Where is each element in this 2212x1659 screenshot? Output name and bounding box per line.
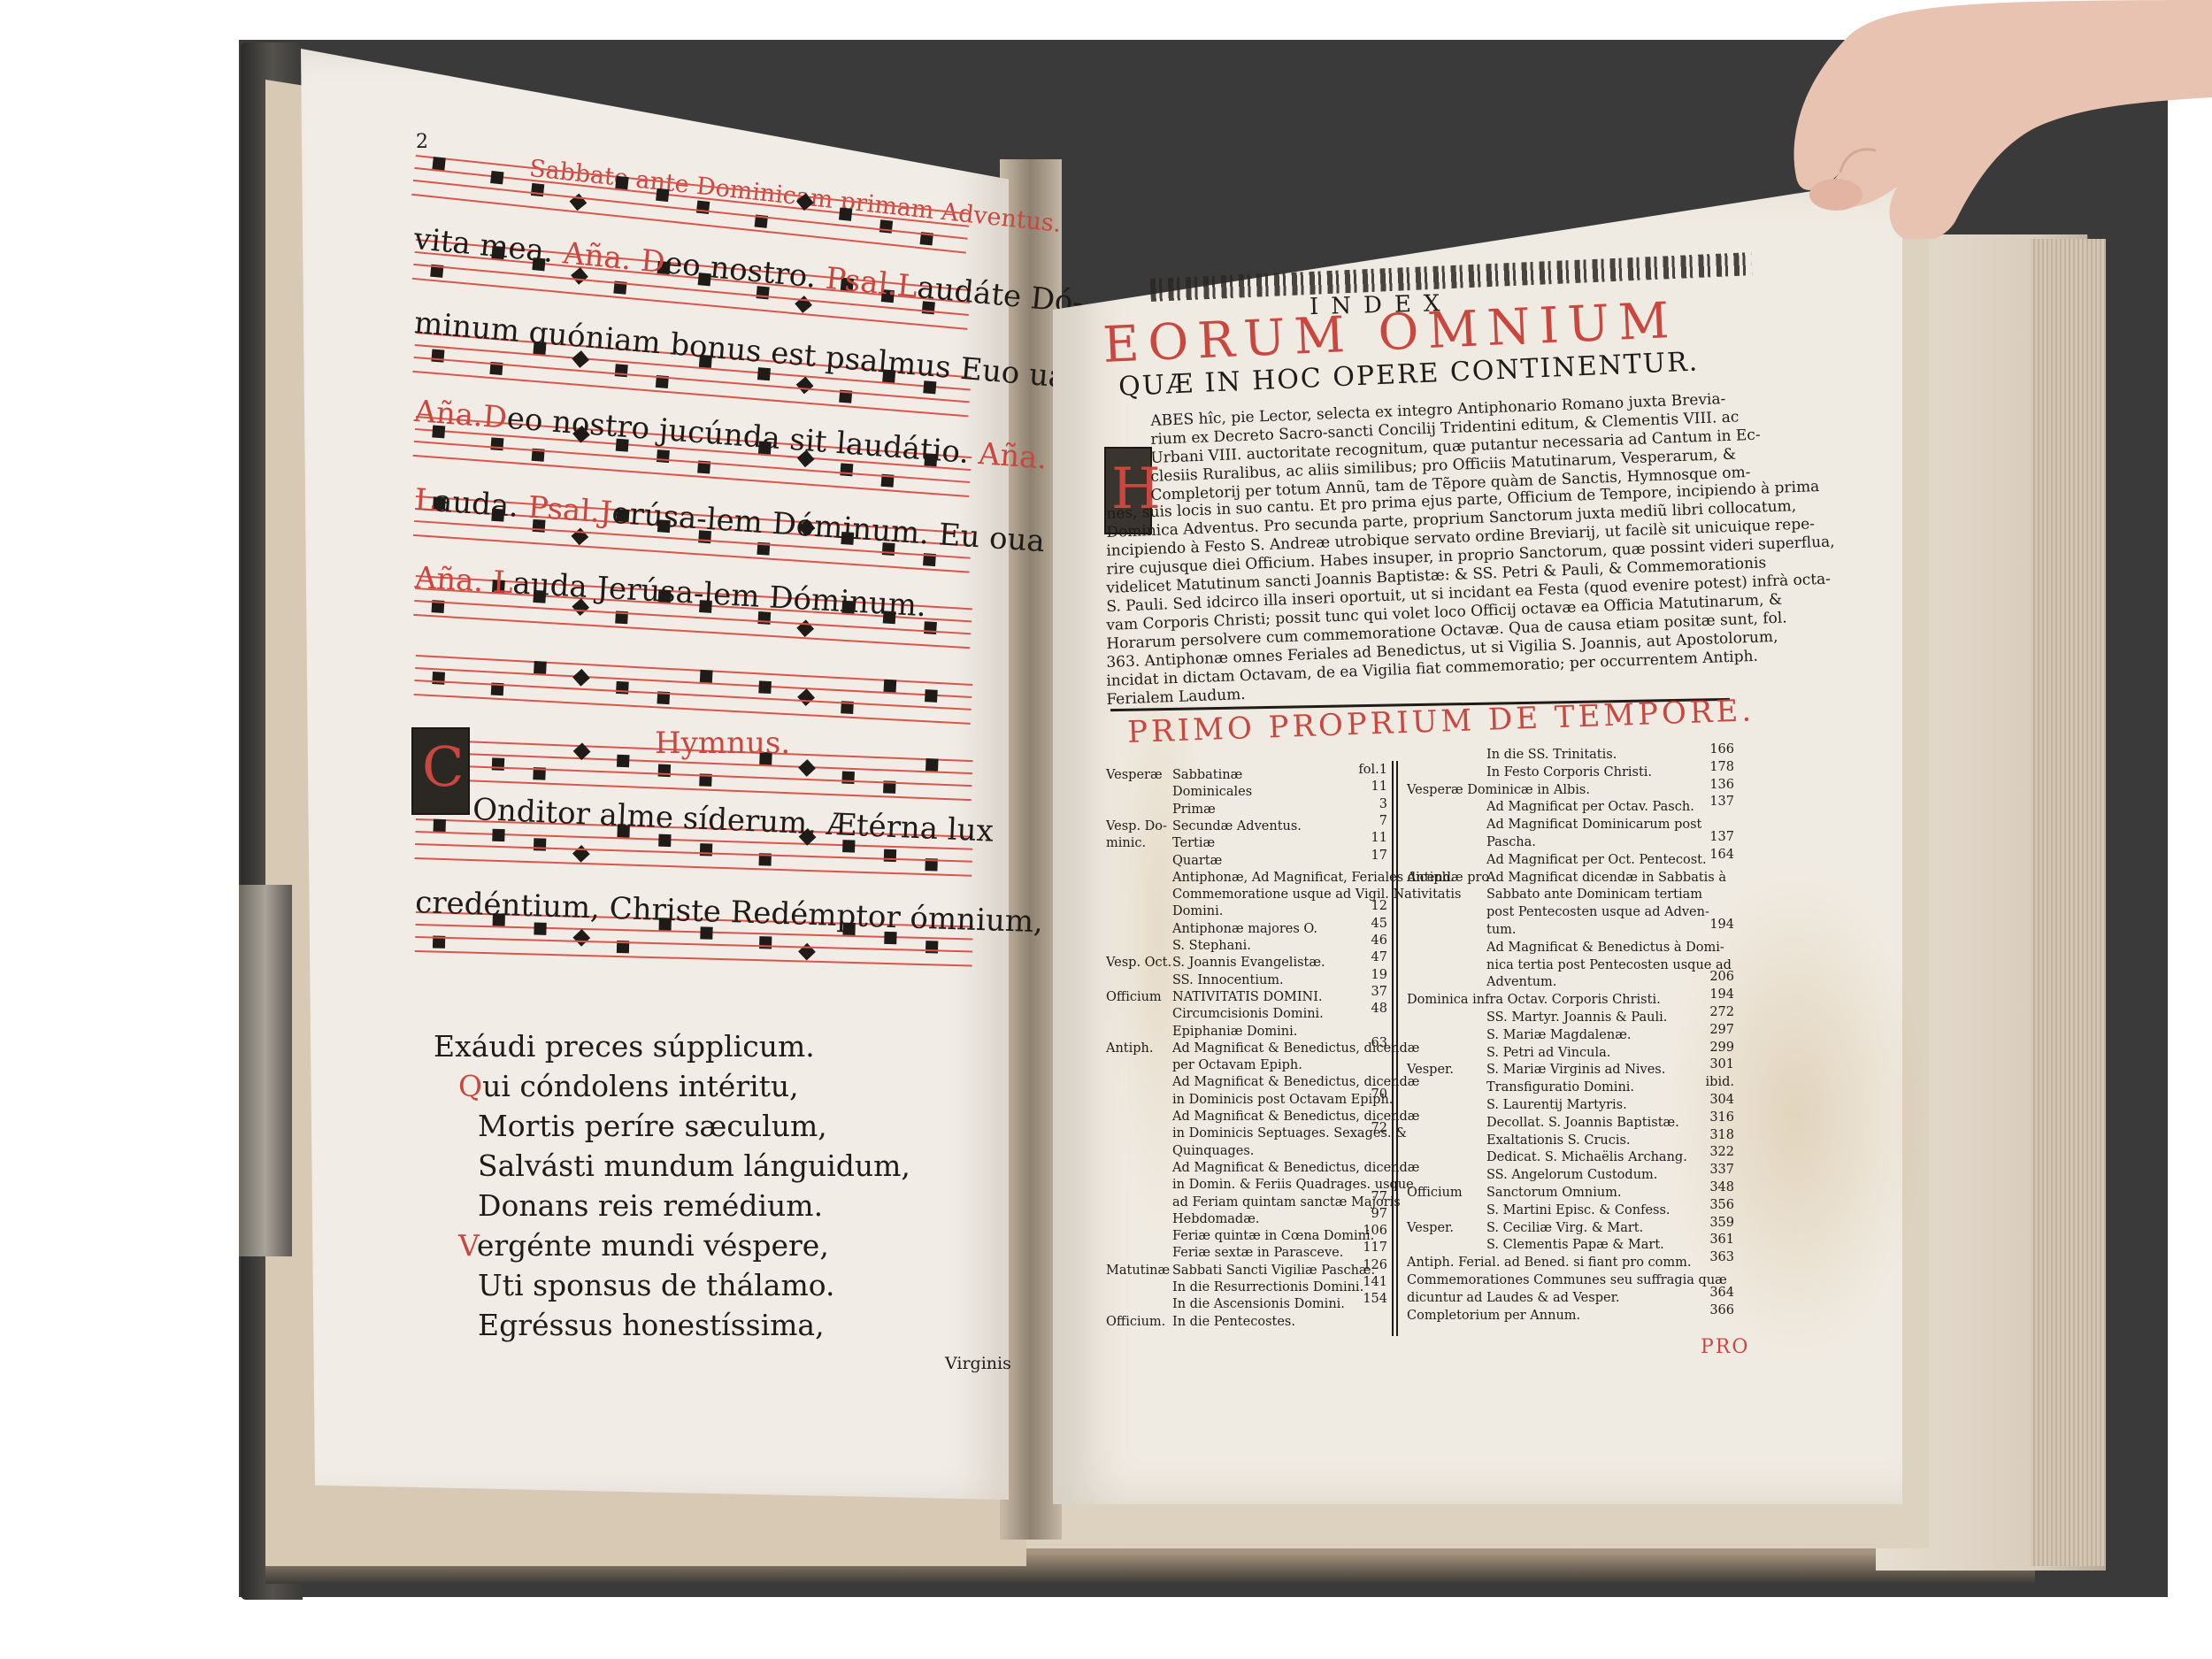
index-group-label: Officium. [1106,1315,1165,1329]
neume-note [657,449,670,463]
index-entry: Dedicat. S. Michaëlis Archang. [1486,1150,1687,1164]
folio-number: 126 [1343,1258,1387,1272]
verse-initial: V [458,1228,477,1263]
index-entry: post Pentecosten usque ad Adven- [1486,905,1709,919]
index-entry: Ad Magnificat per Oct. Pentecost. [1486,853,1707,867]
neume-note [615,364,628,377]
neume-note [617,755,630,768]
neume-note [926,758,939,772]
index-group-label: Vesperæ Dominicæ in Albis. [1407,783,1590,797]
neume-note [613,281,626,295]
verse-text: Uti sponsus de thálamo. [478,1268,835,1302]
neume-note [925,858,937,871]
index-group-label: Dominica infra Octav. Corporis Christi. [1407,993,1661,1007]
index-entry: S. Martini Episc. & Confess. [1486,1203,1671,1217]
neume-note [924,621,937,634]
index-entry: Quinquages. [1172,1144,1254,1158]
neume-note [841,701,854,714]
index-entry: In die SS. Trinitatis. [1486,748,1617,762]
hymn-verse-line: Egréssus honestíssima, [478,1308,825,1342]
neume-note [658,834,671,847]
page-number: 2 [416,131,428,153]
folio-number: 12 [1343,899,1387,913]
index-entry: Feriæ sextæ in Parasceve. [1172,1246,1343,1260]
chant-segment: Aña.D [413,394,509,436]
index-entry: S. Stephani. [1172,939,1251,953]
neume-note [532,449,545,462]
neume-note [432,600,445,613]
neume-note [884,680,897,693]
neume-note [883,780,896,794]
folio-number: 299 [1690,1041,1734,1055]
folio-number: 141 [1343,1275,1387,1289]
index-group-label: Officium [1106,990,1162,1004]
neume-note [432,672,445,685]
index-entry: Primæ [1172,803,1216,817]
index-group-label: Matutinæ [1106,1263,1170,1278]
folio-number: 194 [1690,987,1734,1002]
neume-note [533,767,546,780]
folio-number: 137 [1690,830,1734,844]
index-entry: Dominicales [1172,785,1252,799]
fore-edge [2031,239,2106,1566]
neume-note [490,171,503,184]
verse-text: Egréssus honestíssima, [478,1308,825,1342]
folio-number: 164 [1690,848,1734,862]
index-entry: Circumcisionis Domini. [1172,1007,1324,1021]
folio-number: 106 [1343,1224,1387,1238]
index-entry: Exaltationis S. Crucis. [1486,1133,1631,1148]
neume-note [699,773,712,787]
neume-note [433,936,445,949]
neume-note [491,683,504,696]
neume-note [571,528,588,546]
neume-note [879,219,893,233]
neume-note [839,390,852,403]
index-entry: Domini. [1172,904,1223,918]
hymn-title: Hymnus. [655,726,790,761]
neume-note [534,838,546,850]
neume-note [534,923,546,935]
neume-note [696,201,710,214]
neume-note [920,232,933,245]
folio-number: 361 [1690,1233,1734,1247]
index-entry: Adventum. [1486,975,1556,989]
neume-note [615,611,628,624]
folio-number: 46 [1343,933,1387,948]
neume-note [700,670,713,683]
index-entry: Transfiguratio Domini. [1486,1080,1634,1094]
folio-number: 77 [1343,1190,1387,1204]
neume-note [430,265,443,278]
neume-note [759,936,772,949]
index-group-label: Vesp. Oct. [1106,956,1171,970]
hymn-verse-line: Uti sponsus de thálamo. [478,1268,835,1302]
folio-number: 47 [1343,950,1387,964]
index-entry: S. Joannis Evangelistæ. [1172,956,1325,970]
index-entry: S. Mariæ Virginis ad Nives. [1486,1063,1665,1077]
neume-note [617,941,629,953]
index-entry: S. Ceciliæ Virg. & Mart. [1486,1221,1643,1235]
chant-segment: Aña. L [414,560,514,601]
folio-number: 272 [1690,1005,1734,1019]
hymn-verse-line: Mortis períre sæculum, [478,1109,827,1143]
index-entry: Hebdomadæ. [1172,1212,1259,1226]
index-entry: Commemoratione usque ad Vigil. Nativitat… [1172,887,1461,902]
folio-number: 63 [1343,1036,1387,1050]
index-entry: SS. Angelorum Custodum. [1486,1168,1657,1182]
folio-number: 70 [1343,1087,1387,1102]
column-divider [1392,761,1394,1336]
index-entry: S. Clementis Papæ & Mart. [1486,1238,1664,1252]
folio-number: 356 [1690,1198,1734,1212]
neume-note [881,474,895,488]
neume-note [434,819,446,832]
folio-number: 194 [1690,918,1734,932]
neume-note [656,375,669,388]
folio-number: 301 [1690,1057,1734,1071]
folio-number: 11 [1343,780,1387,794]
neume-note [840,463,853,476]
neume-note [795,296,812,313]
neume-note [700,843,712,856]
neume-note [796,619,814,637]
folio-number: 206 [1690,970,1734,984]
neume-note [656,188,669,202]
index-group-label: Commemorationes Communes seu suffragia q… [1407,1273,1727,1287]
dropcap-letter: C [422,740,464,795]
folio-number: 316 [1690,1110,1734,1125]
index-entry: Epiphaniæ Domini. [1172,1025,1297,1039]
verse-text: ui cóndolens intéritu, [482,1069,799,1103]
index-entry: Secundæ Adventus. [1172,819,1302,833]
neume-note [758,680,772,694]
neume-note [658,764,672,778]
index-group-label: Vesper. [1407,1063,1454,1077]
index-entry: Pascha. [1486,835,1536,849]
folio-number: 337 [1690,1163,1734,1177]
folio-number: 45 [1343,917,1387,931]
folio-number: 11 [1343,831,1387,845]
folio-number: 97 [1343,1207,1387,1221]
index-entry: S. Laurentij Martyris. [1486,1098,1627,1112]
index-entry: SS. Innocentium. [1172,973,1284,987]
index-group-label: Vesper. [1407,1221,1454,1235]
hymn-verse-line: Salvásti mundum lánguidum, [478,1148,910,1183]
neume-note [755,215,768,228]
folio-number: 348 [1690,1180,1734,1194]
neume-note [925,689,938,703]
hymn-verse-line: Vergénte mundi véspere, [458,1228,829,1263]
neume-note [884,849,896,862]
verse-text: Donans reis remédium. [478,1188,823,1223]
neume-note [431,349,444,363]
index-group-label: dicuntur ad Laudes & ad Vesper. [1407,1291,1620,1305]
verse-text: Salvásti mundum lánguidum, [478,1148,910,1183]
folio-number: 297 [1690,1023,1734,1037]
chant-segment: Psal.J [526,490,612,531]
folio-number: 37 [1343,985,1387,999]
neume-note [923,553,936,566]
neume-note [796,193,814,211]
neume-note [489,362,503,375]
index-group-label: Antiph. [1407,871,1455,885]
verse-text: Exáudi preces súpplicum. [434,1029,815,1064]
neume-note [531,183,544,196]
neume-note [573,742,591,760]
index-entry: Ad Magnificat & Benedictus, dicendæ [1172,1161,1419,1175]
neume-note [570,194,588,211]
index-entry: Tertiæ [1172,836,1215,850]
folio-number: 72 [1343,1121,1387,1135]
index-entry: Sabbatinæ [1172,768,1242,782]
folio-number: 48 [1343,1002,1387,1016]
index-entry: Sabbato ante Dominicam tertiam [1486,887,1702,902]
folio-number: 318 [1690,1128,1734,1142]
folio-number: 117 [1343,1240,1387,1255]
index-entry: per Octavam Epiph. [1172,1058,1302,1072]
folio-number: 19 [1343,968,1387,982]
neume-note [757,542,770,556]
neume-note [926,941,938,953]
neume-note [839,207,852,220]
index-entry: In die Pentecostes. [1172,1315,1295,1329]
index-entry: Ad Magnificat per Octav. Pasch. [1486,800,1694,814]
folio-number: ibid. [1690,1075,1734,1089]
neume-note [572,929,590,947]
index-group-label: Completorium per Annum. [1407,1309,1580,1323]
index-group-label: Vesperæ [1106,768,1163,782]
verse-initial: Q [458,1069,482,1103]
index-entry: Ad Magnificat Dominicarum post [1486,818,1701,832]
folio-number: 359 [1690,1216,1734,1230]
neume-note [697,461,710,474]
index-group-label: minic. [1106,836,1146,850]
index-entry: tum. [1486,923,1517,937]
hymn-verse-line: Donans reis remédium. [478,1188,823,1223]
folio-number: 7 [1343,814,1387,828]
index-entry: Quartæ [1172,854,1222,868]
index-group-label: Officium [1407,1186,1463,1200]
index-entry: Decollat. S. Joannis Baptistæ. [1486,1116,1679,1130]
hand-lifting-page [1734,0,2212,239]
hymn-verse-line: Exáudi preces súpplicum. [434,1029,815,1064]
folio-number: 322 [1690,1145,1734,1159]
folio-number: 166 [1690,742,1734,757]
neume-note [796,377,814,395]
neume-note [615,176,628,189]
index-entry: SS. Martyr. Joannis & Pauli. [1486,1010,1667,1025]
neume-note [492,829,504,841]
chant-segment: Aña. [977,436,1048,477]
folio-number: 363 [1690,1250,1734,1264]
neume-note [797,688,815,706]
folio-number: 17 [1343,849,1387,863]
neume-note [432,157,445,170]
column-divider-double [1396,761,1398,1336]
neume-note [572,845,590,863]
index-entry: Ad Magnificat & Benedictus à Domi- [1486,941,1724,955]
neume-note [657,691,670,704]
hymn-verse-line: Qui cóndolens intéritu, [458,1069,799,1103]
index-entry: Ad Magnificat dicendæ in Sabbatis à [1486,871,1726,885]
neume-note [759,853,772,865]
neume-note [534,661,547,674]
index-group-label: Antiph. [1106,1041,1154,1056]
index-entry: In die Ascensionis Domini. [1172,1297,1345,1311]
index-entry: NATIVITATIS DOMINI. [1172,990,1323,1004]
folio-number: 154 [1343,1292,1387,1306]
folio-number: 304 [1690,1093,1734,1107]
index-entry: Antiphonæ majores O. [1172,922,1317,936]
neume-note [798,759,816,777]
hymn-dropcap-woodcut: C [411,727,470,815]
index-entry: S. Mariæ Magdalenæ. [1486,1028,1631,1042]
index-entry: Sanctorum Omnium. [1486,1186,1622,1200]
folio-number: 364 [1690,1286,1734,1300]
folio-number: fol.1 [1343,763,1387,777]
index-group-label: Antiph. Ferial. ad Bened. si fiant pro c… [1407,1256,1692,1270]
neume-note [490,437,503,450]
folio-number: 137 [1690,795,1734,809]
folio-number: 178 [1690,760,1734,774]
leather-repair-patch [239,885,292,1256]
neume-note [572,669,590,687]
right-catchword: PRO [1701,1336,1749,1358]
folio-number: 3 [1343,797,1387,811]
left-catchword: Virginis [945,1354,1011,1373]
index-entry: In die Resurrectionis Domini. [1172,1280,1363,1294]
verse-text: ergénte mundi véspere, [477,1228,829,1263]
index-entry: S. Petri ad Vincula. [1486,1046,1610,1060]
chant-segment: auda. [434,483,529,525]
neume-note [492,757,505,771]
neume-note [616,681,629,695]
folio-number: 366 [1690,1303,1734,1317]
index-group-label: Vesp. Do- [1106,819,1167,833]
folio-number: 136 [1690,778,1734,792]
verse-text: Mortis períre sæculum, [478,1109,827,1143]
chant-segment: L [413,482,435,518]
neume-note [841,772,855,785]
neume-note [798,943,816,961]
index-entry: In Festo Corporis Christi. [1486,765,1652,780]
